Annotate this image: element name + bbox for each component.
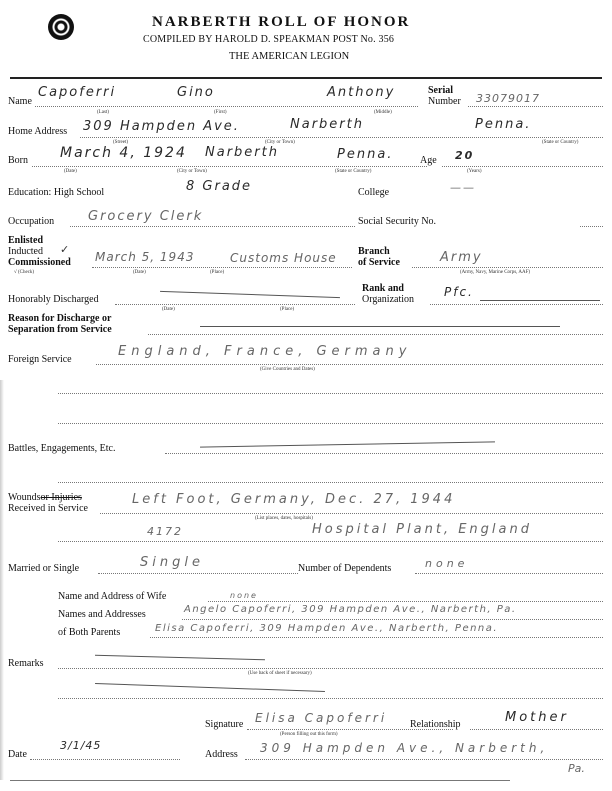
wounds-line-2 (58, 541, 603, 542)
address-value[interactable]: 309 Hampden Ave., Narberth, (260, 741, 548, 755)
hint-remarks: (Use back of sheet if necessary) (248, 671, 312, 676)
branch-line (412, 267, 603, 268)
first-name-value[interactable]: Gino (177, 85, 215, 100)
married-line (98, 573, 298, 574)
born-label: Born (8, 155, 28, 166)
enlisted-label: Enlisted (8, 235, 43, 246)
remarks-label: Remarks (8, 658, 44, 669)
married-value[interactable]: Single (140, 555, 204, 570)
born-line (32, 166, 427, 167)
foreign-service-label: Foreign Service (8, 354, 72, 365)
home-address-label: Home Address (8, 126, 67, 137)
number-label: Number (428, 96, 461, 107)
parent-2-line (150, 637, 603, 638)
birth-state-value[interactable]: Penna. (337, 147, 393, 162)
remarks-dash-stroke-2 (95, 683, 325, 692)
of-service-label: of Service (358, 257, 400, 268)
signature-label: Signature (205, 719, 243, 730)
date-value[interactable]: 3/1/45 (60, 739, 101, 752)
battles-label: Battles, Engagements, Etc. (8, 443, 115, 454)
home-address-line (80, 137, 603, 138)
hint-check: √ (Check) (14, 270, 34, 275)
high-school-value[interactable]: 8 Grade (186, 179, 252, 194)
hint-signature: (Person filling out this form) (280, 732, 338, 737)
education-label: Education: High School (8, 187, 104, 198)
foreign-service-line-2 (58, 393, 603, 394)
address-value-2[interactable]: Pa. (568, 762, 585, 775)
occupation-line (70, 226, 355, 227)
entry-place-value[interactable]: Customs House (230, 251, 337, 265)
hint-date: (Date) (64, 169, 77, 174)
serial-line (468, 106, 603, 107)
wounds-hospital-number[interactable]: 4172 (147, 525, 183, 538)
last-name-value[interactable]: Capoferri (38, 85, 116, 100)
battles-line (165, 453, 603, 454)
college-label: College (358, 187, 389, 198)
wounds-value[interactable]: Left Foot, Germany, Dec. 27, 1944 (132, 492, 455, 507)
hint-branch: (Army, Navy, Marine Corps, AAF) (460, 270, 530, 275)
dependents-label: Number of Dependents (298, 563, 391, 574)
rank-line (430, 304, 603, 305)
middle-name-value[interactable]: Anthony (327, 85, 395, 100)
home-state-value[interactable]: Penna. (475, 117, 531, 132)
form-title: NARBERTH ROLL OF HONOR (152, 14, 410, 31)
serial-label: Serial (428, 85, 453, 96)
wounds-label: Woundsor Injuries (8, 492, 82, 503)
parent-2-value[interactable]: Elisa Capoferri, 309 Hampden Ave., Narbe… (155, 623, 498, 634)
entry-line (92, 267, 352, 268)
wounds-label-text: Wounds (8, 492, 41, 503)
hint-discharge-place: (Place) (280, 307, 294, 312)
entry-date-value[interactable]: March 5, 1943 (95, 250, 194, 264)
foreign-service-line (96, 364, 603, 365)
relationship-label: Relationship (410, 719, 461, 730)
hint-discharge-date: (Date) (162, 307, 175, 312)
organization-name: THE AMERICAN LEGION (229, 51, 349, 62)
discharge-dash-stroke (160, 291, 340, 298)
ssn-line (580, 226, 603, 227)
serial-number-value[interactable]: 33079017 (476, 92, 540, 105)
reason-dash-stroke (200, 326, 560, 327)
wife-value[interactable]: none (230, 591, 258, 600)
relationship-line (470, 729, 603, 730)
occupation-label: Occupation (8, 216, 54, 227)
or-injuries-struck: or Injuries (41, 492, 82, 503)
branch-value[interactable]: Army (440, 250, 483, 265)
name-line (35, 106, 418, 107)
hint-birth-city: (City or Town) (177, 169, 207, 174)
age-line (442, 166, 603, 167)
wounds-line (100, 513, 603, 514)
hint-entry-place: (Place) (210, 270, 224, 275)
page-edge-shadow (0, 380, 4, 780)
wife-line (208, 601, 603, 602)
wounds-hospital-value[interactable]: Hospital Plant, England (312, 522, 532, 537)
birth-date-value[interactable]: March 4, 1924 (60, 145, 187, 161)
remarks-line-2 (58, 698, 603, 699)
hint-foreign-service: (Give Countries and Dates) (260, 367, 315, 372)
rank-value[interactable]: Pfc. (444, 285, 474, 299)
hint-birth-state: (State or Country) (335, 169, 371, 174)
ssn-label: Social Security No. (358, 216, 436, 227)
remarks-dash-stroke (95, 655, 265, 660)
commissioned-label: Commissioned (8, 257, 71, 268)
battles-dash-stroke (200, 441, 495, 447)
reason-line (148, 334, 603, 335)
signature-value[interactable]: Elisa Capoferri (255, 711, 387, 725)
organization-label: Organization (362, 294, 414, 305)
hint-middle: (Middle) (374, 110, 392, 115)
relationship-value[interactable]: Mother (505, 710, 569, 725)
bottom-edge-line (10, 780, 510, 781)
home-street-value[interactable]: 309 Hampden Ave. (83, 119, 240, 134)
hint-last: (Last) (97, 110, 109, 115)
home-city-value[interactable]: Narberth (290, 117, 364, 132)
reason-label-1: Reason for Discharge or (8, 313, 111, 324)
married-single-label: Married or Single (8, 563, 79, 574)
occupation-value[interactable]: Grocery Clerk (88, 209, 203, 224)
parents-label-2: of Both Parents (58, 627, 120, 638)
date-line (30, 759, 180, 760)
american-legion-emblem-icon (48, 14, 74, 40)
honorably-discharged-label: Honorably Discharged (8, 294, 99, 305)
address-label: Address (205, 749, 238, 760)
foreign-service-line-3 (58, 423, 603, 424)
branch-label: Branch (358, 246, 390, 257)
foreign-service-value[interactable]: England, France, Germany (118, 344, 411, 359)
college-value[interactable]: —— (450, 181, 476, 194)
parent-1-line (182, 619, 603, 620)
hint-first: (First) (214, 110, 227, 115)
header-rule (10, 77, 602, 79)
date-label: Date (8, 749, 27, 760)
hint-entry-date: (Date) (133, 270, 146, 275)
name-label: Name (8, 96, 32, 107)
reason-label-2: Separation from Service (8, 324, 112, 335)
compiled-by: COMPILED BY HAROLD D. SPEAKMAN POST No. … (143, 34, 394, 45)
discharge-line (115, 304, 355, 305)
dependents-line (415, 573, 603, 574)
birth-city-value[interactable]: Narberth (205, 145, 279, 160)
hint-state: (State or Country) (542, 140, 578, 145)
hint-wounds: (List places, dates, hospitals) (255, 516, 313, 521)
parents-label-1: Names and Addresses (58, 609, 146, 620)
rank-and-label: Rank and (362, 283, 404, 294)
battles-line-2 (58, 482, 603, 483)
parent-1-value[interactable]: Angelo Capoferri, 309 Hampden Ave., Narb… (184, 604, 517, 615)
dependents-value[interactable]: none (425, 557, 468, 570)
age-label: Age (420, 155, 437, 166)
address-line (245, 759, 603, 760)
remarks-line (58, 668, 603, 669)
age-value[interactable]: 20 (455, 149, 474, 162)
inducted-label: Inducted (8, 246, 43, 257)
rank-dash-stroke (480, 300, 600, 301)
wife-label: Name and Address of Wife (58, 591, 166, 602)
hint-years: (Years) (467, 169, 482, 174)
inducted-checkmark-icon[interactable]: ✓ (60, 243, 69, 256)
received-in-service-label: Received in Service (8, 503, 88, 514)
